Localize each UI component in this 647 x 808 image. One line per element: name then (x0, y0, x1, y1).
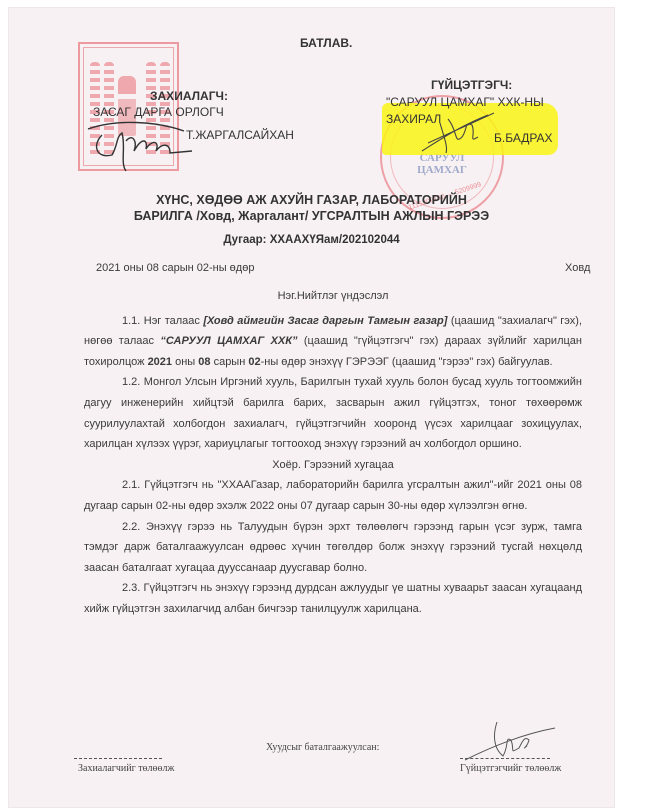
party-customer: [Ховд аймгийн Засаг даргын Тамгын газар] (203, 315, 447, 327)
party-contractor: “САРУУЛ ЦАМХАГ ХХК” (160, 335, 297, 347)
customer-representative-label: Захиалагчийг төлөөлж (78, 763, 174, 774)
contract-date: 2021 оны 08 сарын 02-ны өдөр (96, 262, 254, 274)
customer-name: Т.ЖАРГАЛСАЙХАН (186, 128, 294, 142)
contract-place: Ховд (565, 262, 590, 274)
section-heading-term: Хоёр. Гэрээний хугацаа (84, 455, 582, 476)
customer-signature (86, 115, 196, 175)
clause-2-2: 2.2. Энэхүү гэрээ нь Талуудын бүрэн эрхт… (84, 517, 582, 579)
contract-title-line2: БАРИЛГА /Ховд, Жаргалант/ УГСРАЛТЫН АЖЛЫ… (8, 209, 615, 223)
clause-1-2: 1.2. Монгол Улсын Иргэний хууль, Барилгы… (84, 372, 582, 454)
document-page: САРУУЛ ЦАМХАГ 1115209150 — 5209999 БАТЛА… (8, 7, 615, 808)
customer-signature-line (74, 758, 162, 759)
clause-1-1: 1.1. Нэг талаас [Ховд аймгийн Засаг дарг… (84, 311, 582, 373)
page-verified-label: Хуудсыг баталгаажуулсан: (266, 742, 379, 753)
contract-title-line1: ХҮНС, ХӨДӨӨ АЖ АХУЙН ГАЗАР, ЛАБОРАТОРИЙН (8, 193, 615, 207)
contract-body: Нэг.Нийтлэг үндэслэл 1.1. Нэг талаас [Хо… (84, 286, 582, 620)
contractor-role-label: ГҮЙЦЭТГЭГЧ: (431, 78, 512, 92)
customer-role-label: ЗАХИАЛАГЧ: (150, 89, 228, 103)
clause-2-3: 2.3. Гүйцэтгэгч нь энэхүү гэрээнд дурдса… (84, 578, 582, 619)
contract-number: Дугаар: ХХААХҮЯам/202102044 (8, 234, 615, 246)
footer-contractor-signature (463, 720, 558, 765)
approval-heading: БАТЛАВ. (300, 36, 352, 50)
contractor-signature (418, 107, 508, 157)
clause-2-1: 2.1. Гүйцэтгэгч нь "ХХААГазар, лаборатор… (84, 475, 582, 516)
section-heading-general: Нэг.Нийтлэг үндэслэл (84, 286, 582, 307)
